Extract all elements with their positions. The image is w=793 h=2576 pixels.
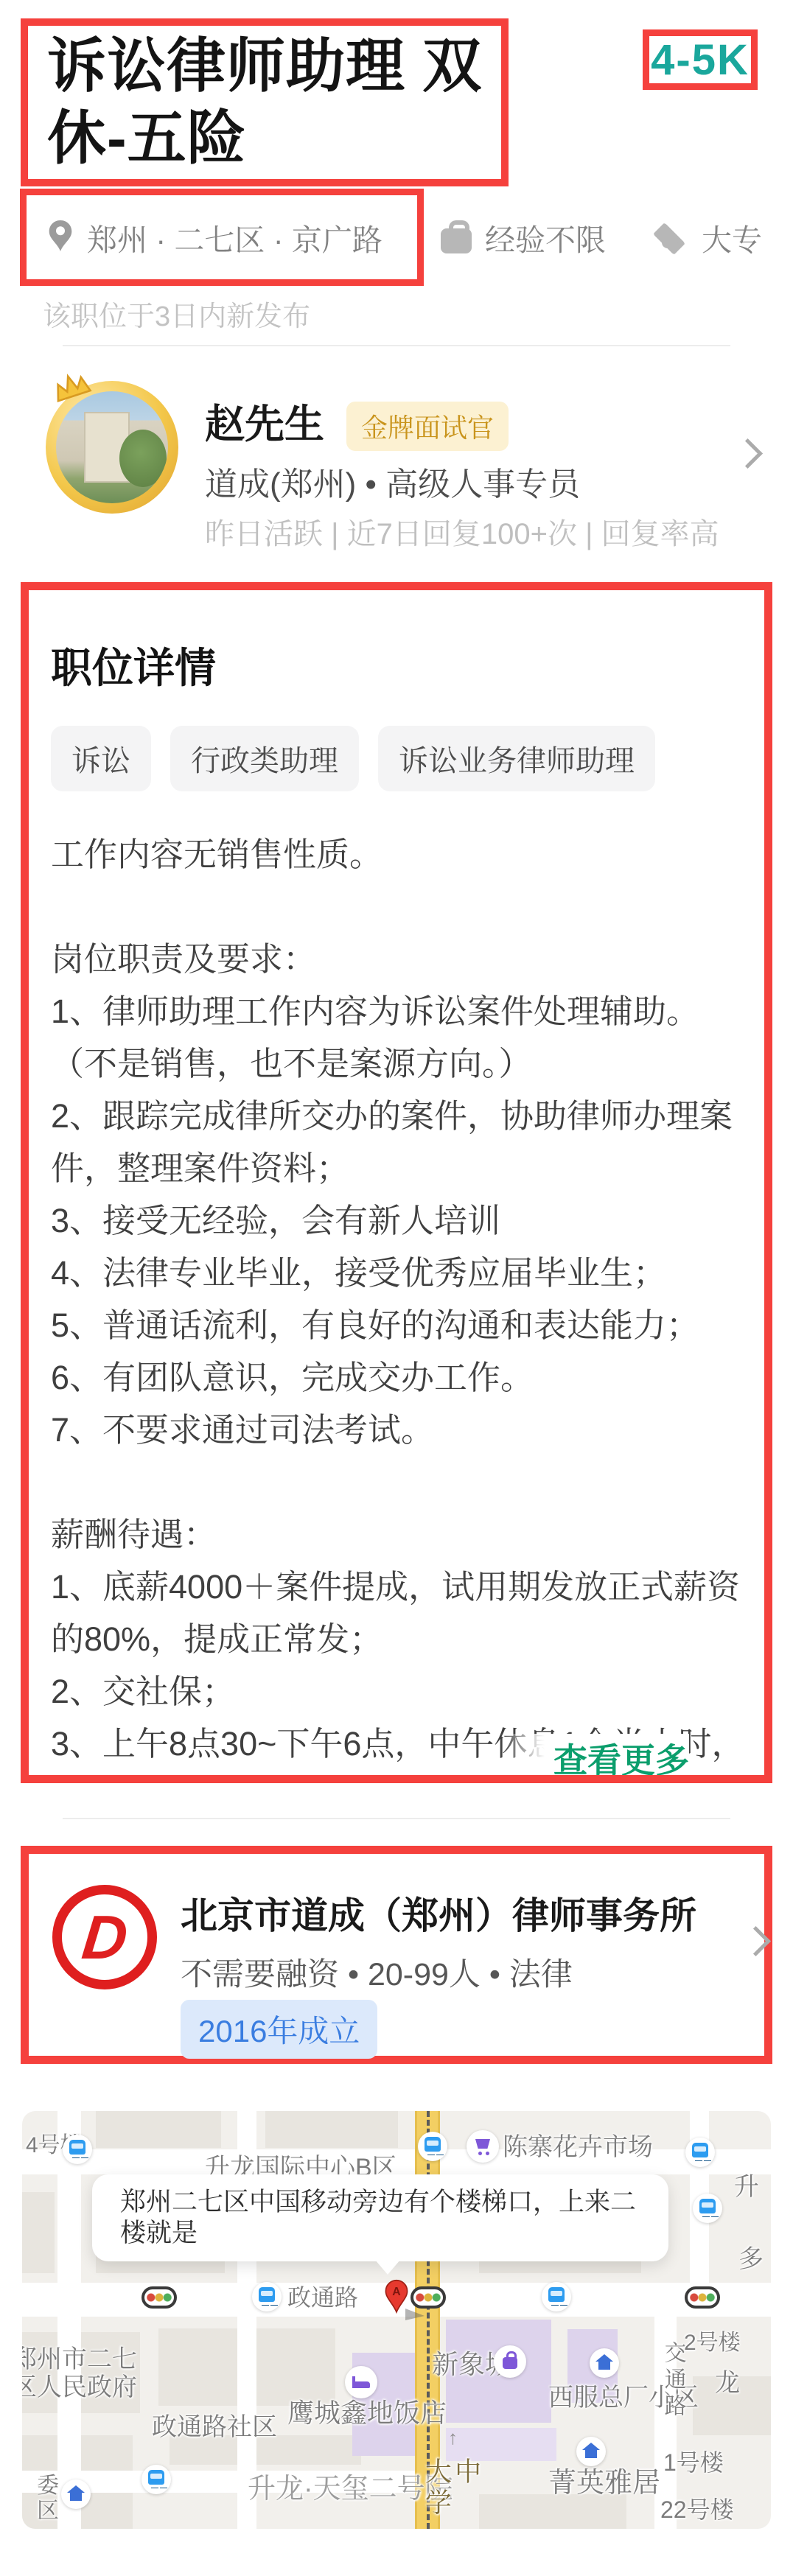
job-detail-page: 诉讼律师助理 双休-五险 4-5K 郑州 · 二七区 · 京广路 经验不限 大专…	[0, 0, 793, 2576]
company-logo-glyph: D	[79, 1902, 131, 1973]
map-label: 郑州市二七 区人民政府	[22, 2345, 137, 2401]
bus-icon	[542, 2282, 571, 2311]
divider	[63, 1818, 730, 1819]
map-block	[22, 2192, 55, 2273]
map-label: 政通路社区	[152, 2413, 277, 2441]
avatar-photo	[56, 391, 168, 503]
bus-icon	[418, 2132, 447, 2161]
bed-icon	[345, 2366, 377, 2398]
job-location: 郑州 · 二七区 · 京广路	[87, 216, 382, 259]
job-title: 诉讼律师助理 双休-五险	[47, 30, 501, 175]
house-icon	[61, 2479, 91, 2509]
education-requirement: 大专	[702, 216, 762, 259]
company-name: 北京市道成（郑州）律师事务所	[181, 1886, 696, 1939]
chevron-right-icon[interactable]	[741, 1926, 771, 1956]
map-label: 1号楼	[663, 2450, 724, 2477]
map-block	[96, 2111, 221, 2148]
map-label: 2号楼	[684, 2331, 741, 2356]
salary-range: 4-5K	[651, 35, 750, 85]
job-tag: 诉讼	[51, 726, 151, 791]
company-location-map[interactable]: 郑州二七区中国移动旁边有个楼梯口，上来二 楼就是 A 4号楼升龙国际中心B区陈寨…	[22, 2111, 771, 2529]
experience-icon	[441, 228, 472, 253]
cart-icon	[467, 2130, 499, 2163]
recruiter-subtitle: 道成(郑州) • 高级人事专员	[205, 458, 580, 505]
recruiter-name: 赵先生	[205, 393, 324, 449]
arrow-icon: ↑	[448, 2426, 458, 2449]
bus-icon	[685, 2138, 715, 2167]
education-icon	[651, 223, 688, 252]
posted-note: 该职位于3日内新发布	[43, 293, 310, 334]
traffic-icon	[411, 2286, 446, 2309]
recruiter-activity: 昨日活跃 | 近7日回复100+次 | 回复率高	[205, 511, 719, 553]
company-annotation-box[interactable]: D 北京市道成（郑州）律师事务所 不需要融资 • 20-99人 • 法律 201…	[21, 1846, 772, 2064]
recruiter-avatar[interactable]	[46, 381, 178, 514]
gold-interviewer-badge: 金牌面试官	[346, 402, 509, 451]
map-label: 交通路	[660, 2341, 685, 2421]
traffic-icon	[142, 2286, 177, 2309]
bus-icon	[252, 2282, 282, 2311]
map-label: 升	[734, 2173, 759, 2201]
traffic-icon	[685, 2286, 720, 2309]
recruiter-card[interactable]: 赵先生 金牌面试官 道成(郑州) • 高级人事专员 昨日活跃 | 近7日回复10…	[0, 372, 793, 553]
job-tag: 行政类助理	[170, 726, 359, 791]
bus-icon	[63, 2135, 92, 2164]
location-pin-icon	[47, 219, 74, 256]
job-detail-annotation-box: 职位详情 诉讼行政类助理诉讼业务律师助理 工作内容无销售性质。 岗位职责及要求：…	[21, 582, 772, 1783]
bus-icon	[142, 2465, 171, 2494]
job-detail-title: 职位详情	[51, 636, 764, 695]
map-label: 陈寨花卉市场	[503, 2133, 653, 2161]
requirements-row: 经验不限 大专	[441, 189, 762, 286]
job-tags: 诉讼行政类助理诉讼业务律师助理	[51, 726, 764, 791]
experience-requirement: 经验不限	[485, 216, 606, 259]
job-tag: 诉讼业务律师助理	[378, 726, 655, 791]
company-meta: 不需要融资 • 20-99人 • 法律	[181, 1950, 573, 1995]
job-description: 工作内容无销售性质。 岗位职责及要求： 1、律师助理工作内容为诉讼案件处理辅助。…	[51, 828, 772, 1783]
map-pin-a: A	[384, 2273, 409, 2323]
map-block	[265, 2111, 398, 2148]
house-icon	[576, 2437, 606, 2466]
salary-annotation-box: 4-5K	[643, 29, 758, 90]
map-poi-block	[446, 2428, 556, 2461]
divider	[63, 345, 730, 346]
svg-text:A: A	[392, 2286, 400, 2298]
map-block	[479, 2494, 626, 2529]
company-logo: D	[52, 1885, 157, 1989]
map-label: 鹰城鑫地饭店	[287, 2398, 447, 2428]
bag-icon	[494, 2345, 526, 2378]
bus-icon	[693, 2194, 722, 2223]
location-annotation-box: 郑州 · 二七区 · 京广路	[20, 189, 424, 286]
map-label: 龙	[715, 2369, 740, 2397]
map-label: 多	[738, 2245, 764, 2273]
house-icon	[590, 2348, 619, 2378]
map-label: 22号楼	[660, 2497, 734, 2524]
map-label: 大学中	[422, 2457, 481, 2529]
job-title-annotation-box: 诉讼律师助理 双休-五险	[21, 18, 509, 186]
map-info-bubble: 郑州二七区中国移动旁边有个楼梯口，上来二 楼就是	[92, 2174, 668, 2261]
see-more-link[interactable]: 查看更多	[500, 1734, 689, 1778]
map-road	[57, 2111, 81, 2529]
map-label: 委 区	[37, 2474, 59, 2523]
map-label: 菁英雅居	[548, 2468, 660, 2499]
company-founded-tag: 2016年成立	[181, 2000, 377, 2059]
map-label: 政通路	[287, 2285, 358, 2311]
chevron-right-icon[interactable]	[733, 438, 763, 469]
